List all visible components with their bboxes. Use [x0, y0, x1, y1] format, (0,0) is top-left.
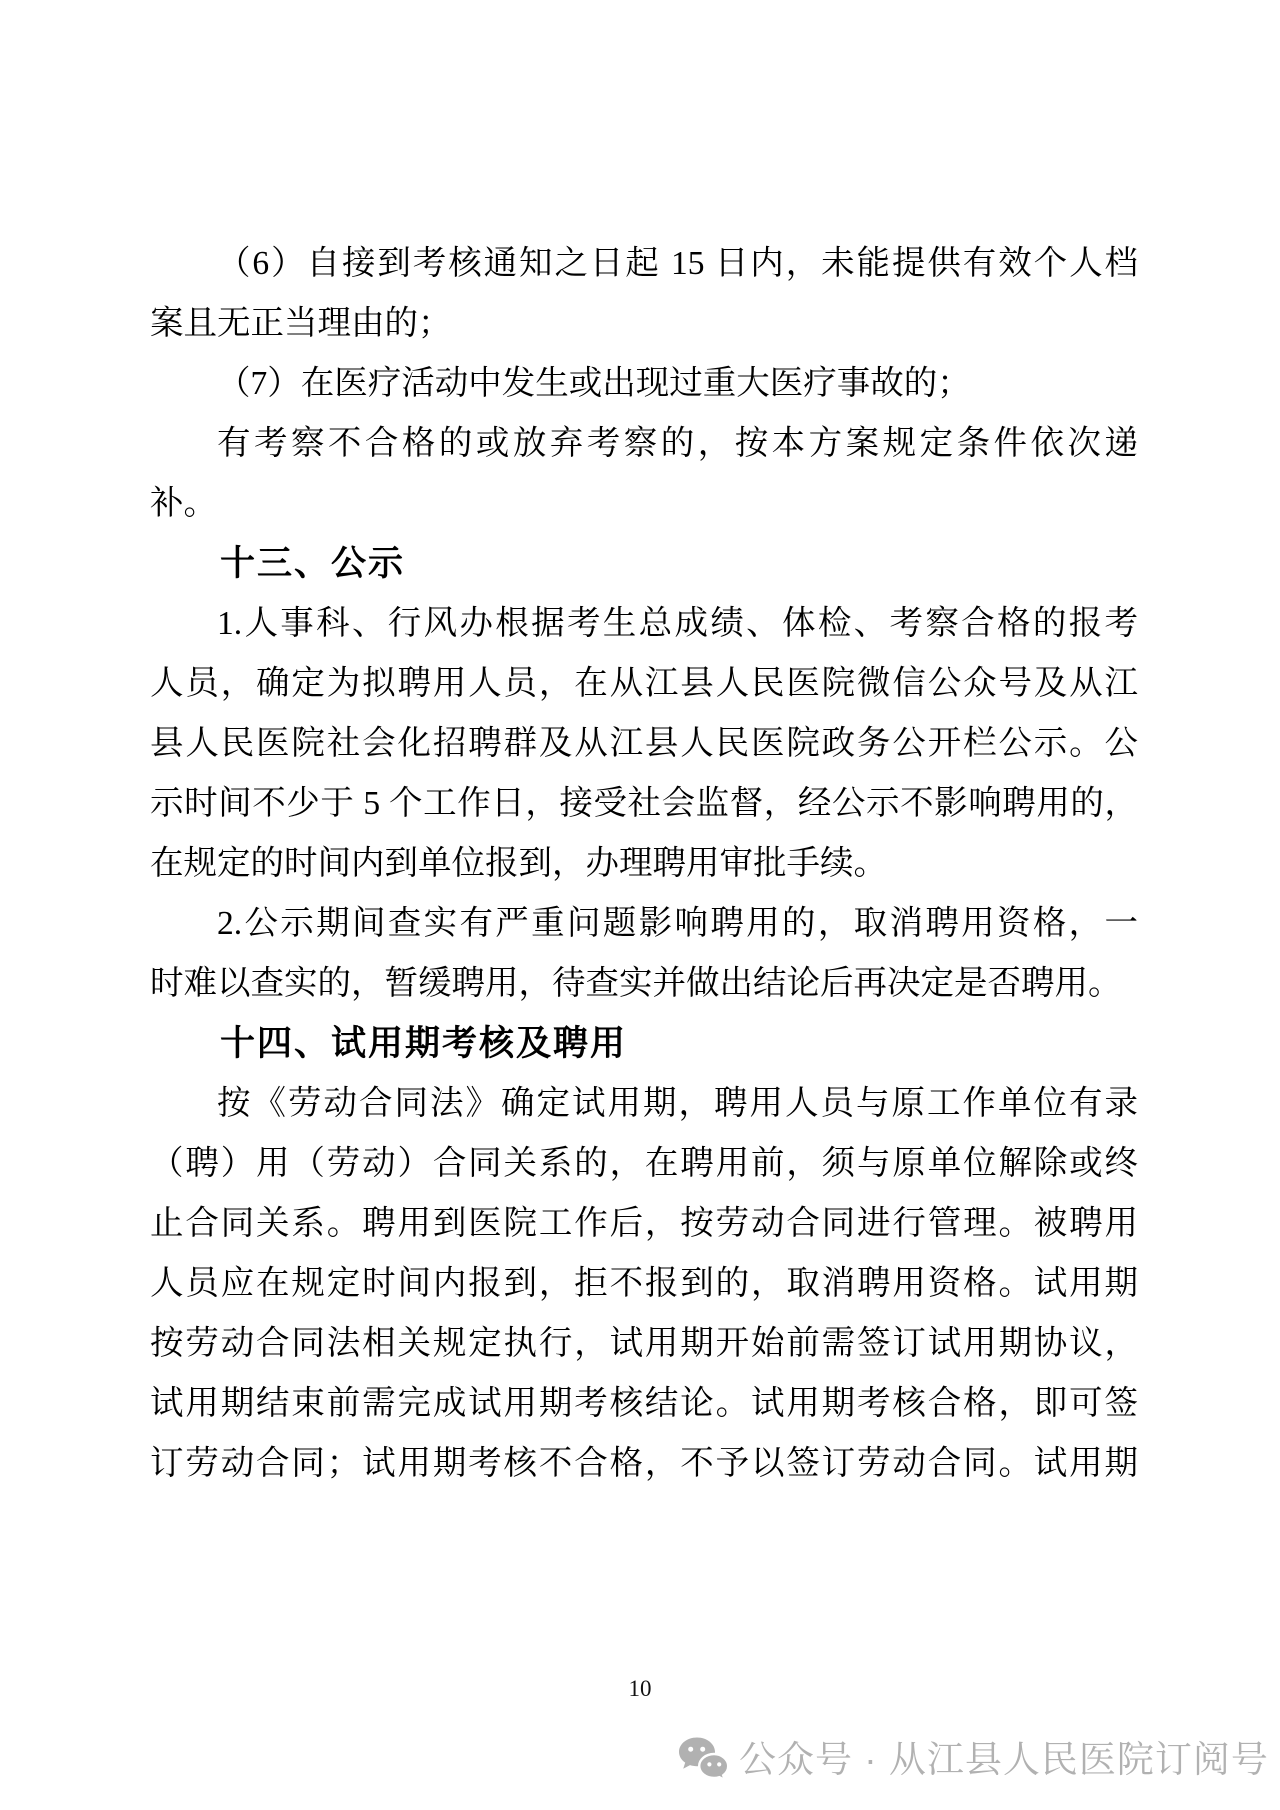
- text-line: 2.公示期间查实有严重问题影响聘用的，取消聘用资格，一: [150, 894, 1138, 954]
- text-line: 案且无正当理由的；: [150, 294, 1138, 354]
- text-line: （聘）用（劳动）合同关系的，在聘用前，须与原单位解除或终: [150, 1134, 1138, 1194]
- document-text: （6）自接到考核通知之日起 15 日内，未能提供有效个人档案且无正当理由的；（7…: [150, 234, 1138, 1494]
- text-line: 人员，确定为拟聘用人员，在从江县人民医院微信公众号及从江: [150, 654, 1138, 714]
- section-heading: 十三、公示: [150, 534, 1138, 594]
- text-line: （6）自接到考核通知之日起 15 日内，未能提供有效个人档: [150, 234, 1138, 294]
- text-line: 订劳动合同；试用期考核不合格，不予以签订劳动合同。试用期: [150, 1434, 1138, 1494]
- text-line: 在规定的时间内到单位报到，办理聘用审批手续。: [150, 834, 1138, 894]
- text-line: 按劳动合同法相关规定执行，试用期开始前需签订试用期协议，: [150, 1314, 1138, 1374]
- text-line: 试用期结束前需完成试用期考核结论。试用期考核合格，即可签: [150, 1374, 1138, 1434]
- text-line: 按《劳动合同法》确定试用期，聘用人员与原工作单位有录: [150, 1074, 1138, 1134]
- wechat-watermark: 公众号 · 从江县人民医院订阅号: [678, 1736, 1269, 1784]
- text-line: 人员应在规定时间内报到，拒不报到的，取消聘用资格。试用期: [150, 1254, 1138, 1314]
- section-heading: 十四、试用期考核及聘用: [150, 1014, 1138, 1074]
- text-line: （7）在医疗活动中发生或出现过重大医疗事故的；: [150, 354, 1138, 414]
- text-line: 示时间不少于 5 个工作日，接受社会监督，经公示不影响聘用的，: [150, 774, 1138, 834]
- page-number: 10: [0, 1676, 1280, 1702]
- text-line: 止合同关系。聘用到医院工作后，按劳动合同进行管理。被聘用: [150, 1194, 1138, 1254]
- wechat-icon: [678, 1736, 728, 1784]
- text-line: 时难以查实的，暂缓聘用，待查实并做出结论后再决定是否聘用。: [150, 954, 1138, 1014]
- text-line: 县人民医院社会化招聘群及从江县人民医院政务公开栏公示。公: [150, 714, 1138, 774]
- text-line: 补。: [150, 474, 1138, 534]
- text-line: 有考察不合格的或放弃考察的，按本方案规定条件依次递: [150, 414, 1138, 474]
- text-line: 1.人事科、行风办根据考生总成绩、体检、考察合格的报考: [150, 594, 1138, 654]
- wechat-account-label: 公众号 · 从江县人民医院订阅号: [739, 1736, 1269, 1784]
